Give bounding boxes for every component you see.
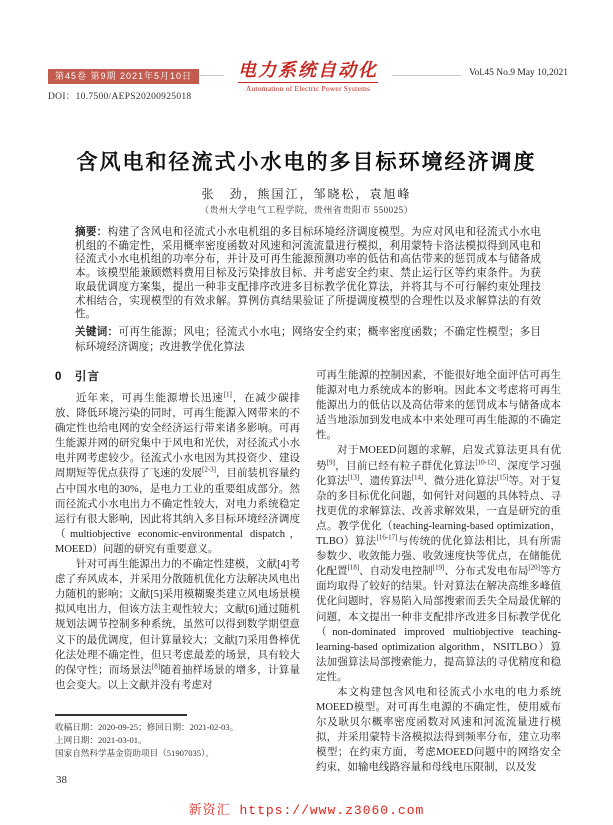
intro-paragraph: 对于MOEED问题的求解，启发式算法更具有优势[9]，目前已经有粒子群优化算法[… [316, 443, 561, 685]
journal-masthead: 第45卷 第9期 2021年5月10日 DOI：10.7500/AEPS2020… [48, 60, 568, 106]
intro-paragraph: 可再生能源的控制因素，不能很好地全面评估可再生能源对电力系统成本的影响。因此本文… [316, 368, 561, 443]
keywords-block: 关键词：可再生能源；风电；径流式小水电；网络安全约束；概率密度函数；不确定性模型… [75, 325, 541, 355]
footnote-online-date: 上网日期：2021-03-01。 [55, 734, 300, 747]
journal-logo: 电力系统自动化 Automation of Electric Power Sys… [224, 60, 392, 94]
left-column: 0 引言 近年来，可再生能源增长迅速[1]，在减少碳排放、降低环境污染的同时，可… [55, 368, 300, 760]
footnote-rule [55, 714, 187, 716]
intro-paragraph: 近年来，可再生能源增长迅速[1]，在减少碳排放、降低环境污染的同时，可再生能源入… [55, 391, 300, 557]
abstract-text: 构建了含风电和径流式小水电机组的多目标环境经济调度模型。为应对风电和径流式小水电… [75, 227, 541, 320]
keywords-label: 关键词： [75, 326, 118, 338]
volume-info: Vol.45 No.9 May 10,2021 [461, 68, 568, 78]
footnote-funding: 国家自然科学基金资助项目（51907035）。 [55, 747, 300, 760]
intro-paragraph: 本文构建包含风电和径流式小水电的电力系统MOEED模型。对可再生电源的不确定性，… [316, 685, 561, 776]
issue-info-badge: 第45卷 第9期 2021年5月10日 [48, 69, 199, 84]
right-column: 可再生能源的控制因素，不能很好地全面评估可再生能源对电力系统成本的影响。因此本文… [316, 368, 561, 760]
page-number: 38 [56, 774, 67, 786]
footnote-block: 收稿日期：2020-09-25；修回日期：2021-02-03。 上网日期：20… [55, 714, 300, 760]
author-affiliation: （贵州大学电气工程学院，贵州省贵阳市 550025） [0, 203, 613, 216]
masthead-left: 第45卷 第9期 2021年5月10日 DOI：10.7500/AEPS2020… [48, 66, 199, 102]
section-heading-introduction: 0 引言 [55, 368, 300, 384]
footnote-received-dates: 收稿日期：2020-09-25；修回日期：2021-02-03。 [55, 721, 300, 734]
body-columns: 0 引言 近年来，可再生能源增长迅速[1]，在减少碳排放、降低环境污染的同时，可… [55, 368, 561, 760]
intro-paragraph: 针对可再生能源出力的不确定性建模，文献[4]考虑了弃风成本，并采用分散随机优化方… [55, 557, 300, 693]
doi-text: DOI：10.7500/AEPS20200925018 [48, 88, 199, 102]
article-title: 含风电和径流式小水电的多目标环境经济调度 [0, 146, 613, 176]
keywords-text: 可再生能源；风电；径流式小水电；网络安全约束；概率密度函数；不确定性模型；多目标… [75, 327, 541, 353]
journal-logo-chinese: 电力系统自动化 [238, 60, 378, 82]
author-list: 张 劲，熊国江，邹晓松，袁旭峰 [0, 185, 613, 202]
abstract-label: 摘要： [75, 226, 108, 238]
paper-page: 第45卷 第9期 2021年5月10日 DOI：10.7500/AEPS2020… [0, 0, 613, 825]
watermark-text: 新资汇 https://www.z3060.com [0, 799, 613, 818]
abstract-block: 摘要：构建了含风电和径流式小水电机组的多目标环境经济调度模型。为应对风电和径流式… [75, 226, 541, 322]
journal-logo-english: Automation of Electric Power Systems [238, 82, 378, 94]
